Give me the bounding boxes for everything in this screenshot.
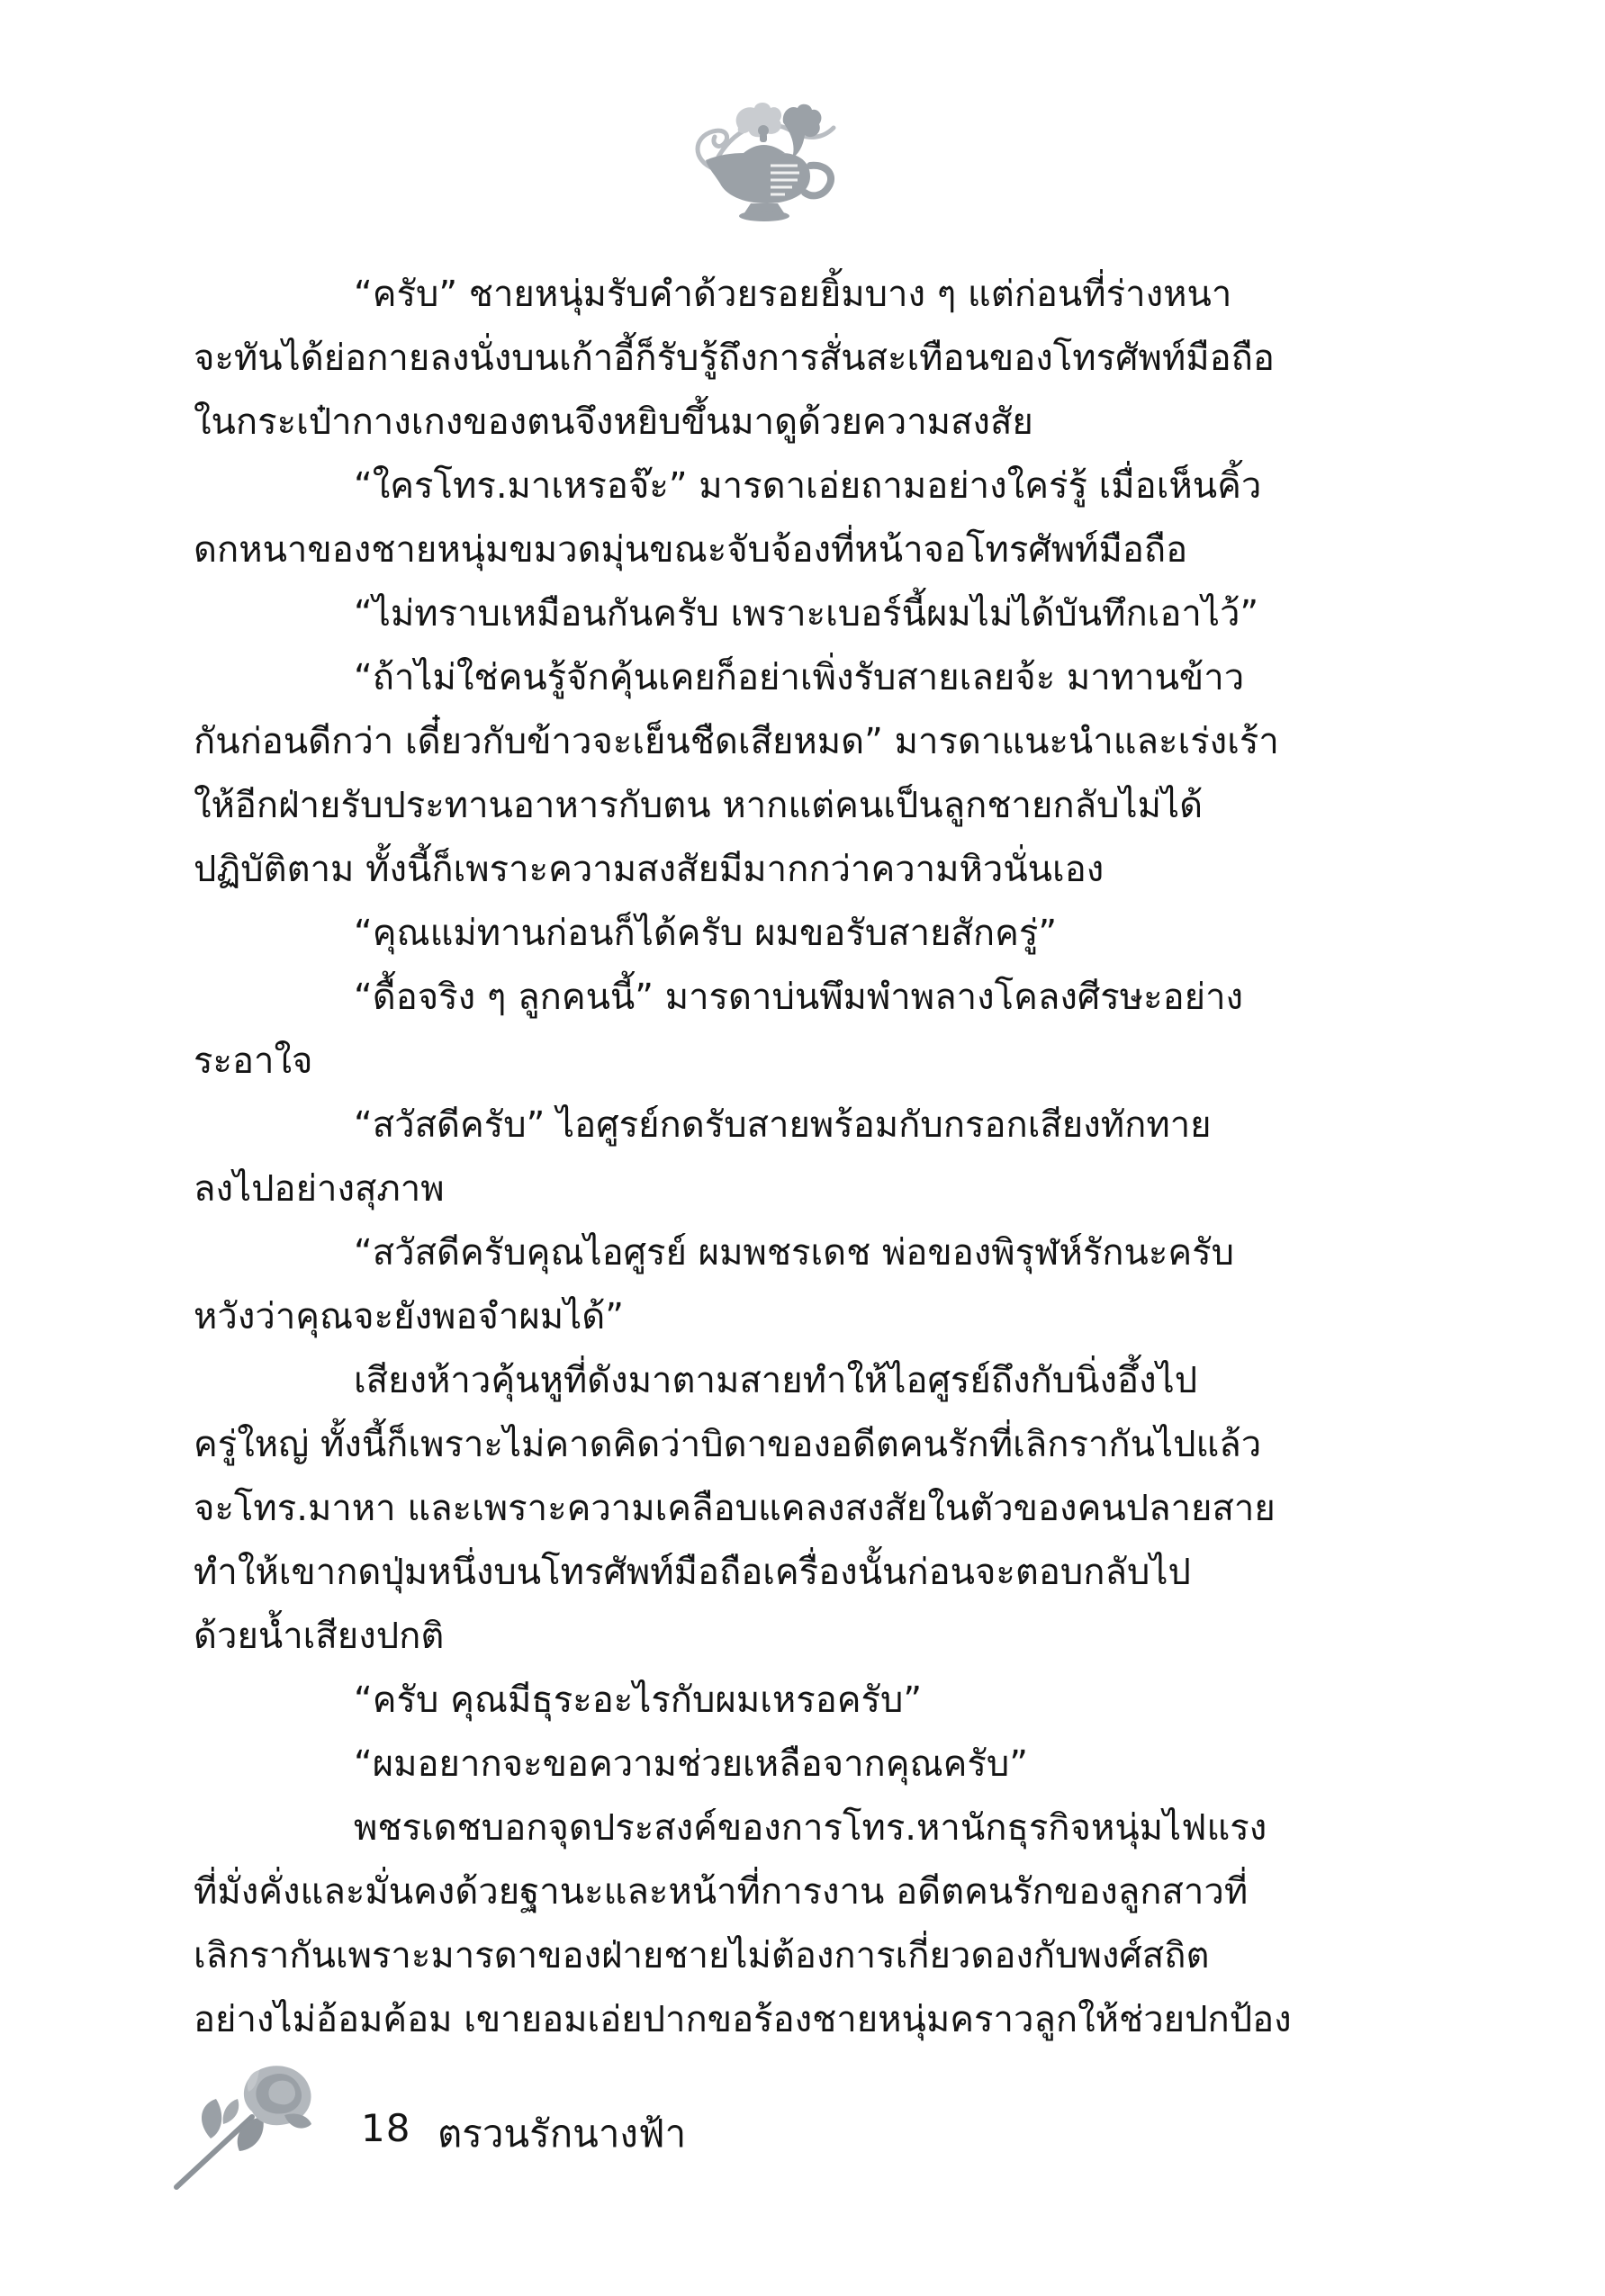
text-line: อย่างไม่อ้อมค้อม เขายอมเอ่ยปากขอร้องชายห… [194, 1988, 1423, 2052]
text-line: ให้อีกฝ่ายรับประทานอาหารกับตน หากแต่คนเป… [194, 774, 1423, 838]
page-footer: 18 ตรวนรักนางฟ้า [0, 2054, 1605, 2216]
text-line: “ครับ” ชายหนุ่มรับคำด้วยรอยยิ้มบาง ๆ แต่… [194, 263, 1423, 327]
text-line: “ดื้อจริง ๆ ลูกคนนี้” มารดาบ่นพึมพำพลางโ… [194, 966, 1423, 1030]
text-line: ด้วยน้ำเสียงปกติ [194, 1605, 1423, 1669]
text-line: ที่มั่งคั่งและมั่นคงด้วยฐานะและหน้าที่กา… [194, 1860, 1423, 1924]
text-line: ปฏิบัติตาม ทั้งนี้ก็เพราะความสงสัยมีมากก… [194, 838, 1423, 902]
text-line: ครู่ใหญ่ ทั้งนี้ก็เพราะไม่คาดคิดว่าบิดาข… [194, 1413, 1423, 1477]
genie-lamp-icon [691, 101, 840, 227]
text-line: จะโทร.มาหา และเพราะความเคลือบแคลงสงสัยใน… [194, 1477, 1423, 1541]
page-number: 18 [361, 2106, 410, 2150]
text-line: “คุณแม่ทานก่อนก็ได้ครับ ผมขอรับสายสักครู… [194, 902, 1423, 966]
text-line: ทำให้เขากดปุ่มหนึ่งบนโทรศัพท์มือถือเครื่… [194, 1541, 1423, 1605]
text-line: “สวัสดีครับคุณไอศูรย์ ผมพชรเดช พ่อของพิร… [194, 1221, 1423, 1285]
text-line: “ครับ คุณมีธุระอะไรกับผมเหรอครับ” [194, 1669, 1423, 1733]
text-line: พชรเดชบอกจุดประสงค์ของการโทร.หานักธุรกิจ… [194, 1796, 1423, 1860]
text-line: เลิกรากันเพราะมารดาของฝ่ายชายไม่ต้องการเ… [194, 1924, 1423, 1988]
text-line: ระอาใจ [194, 1030, 1423, 1094]
text-line: “ถ้าไม่ใช่คนรู้จักคุ้นเคยก็อย่าเพิ่งรับส… [194, 646, 1423, 710]
body-text: “ครับ” ชายหนุ่มรับคำด้วยรอยยิ้มบาง ๆ แต่… [194, 263, 1423, 2052]
text-line: “ผมอยากจะขอความช่วยเหลือจากคุณครับ” [194, 1733, 1423, 1796]
text-line: จะทันได้ย่อกายลงนั่งบนเก้าอี้ก็รับรู้ถึง… [194, 327, 1423, 391]
text-line: “สวัสดีครับ” ไอศูรย์กดรับสายพร้อมกับกรอก… [194, 1094, 1423, 1157]
text-line: “ไม่ทราบเหมือนกันครับ เพราะเบอร์นี้ผมไม่… [194, 582, 1423, 646]
text-line: เสียงห้าวคุ้นหูที่ดังมาตามสายทำให้ไอศูรย… [194, 1349, 1423, 1413]
text-line: กันก่อนดีกว่า เดี๋ยวกับข้าวจะเย็นชืดเสีย… [194, 710, 1423, 774]
text-line: “ใครโทร.มาเหรอจ๊ะ” มารดาเอ่ยถามอย่างใคร่… [194, 455, 1423, 518]
book-page: “ครับ” ชายหนุ่มรับคำด้วยรอยยิ้มบาง ๆ แต่… [0, 0, 1605, 2296]
rose-icon [169, 2059, 329, 2194]
text-line: ในกระเป๋ากางเกงของตนจึงหยิบขึ้นมาดูด้วยค… [194, 391, 1423, 455]
text-line: ลงไปอย่างสุภาพ [194, 1157, 1423, 1221]
text-line: ดกหนาของชายหนุ่มขมวดมุ่นขณะจับจ้องที่หน้… [194, 518, 1423, 582]
book-title: ตรวนรักนางฟ้า [437, 2104, 686, 2164]
text-line: หวังว่าคุณจะยังพอจำผมได้” [194, 1285, 1423, 1349]
